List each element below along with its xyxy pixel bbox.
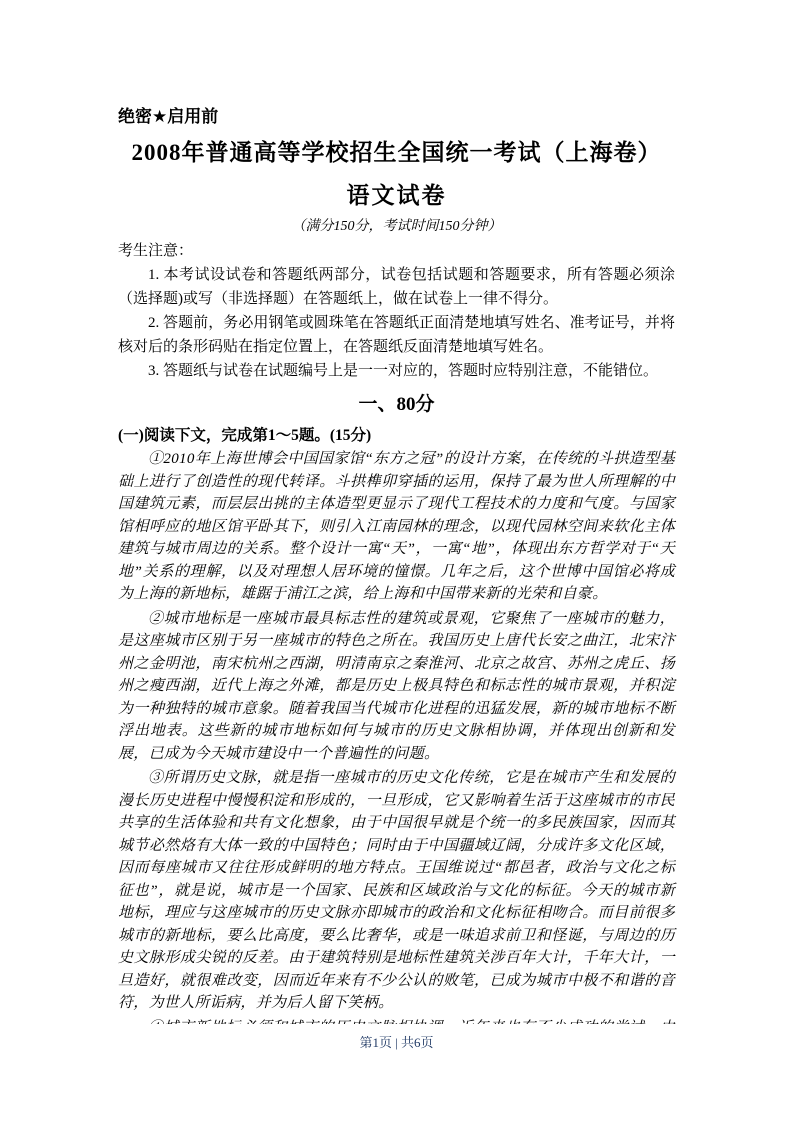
passage-paragraph: ②城市地标是一座城市最具标志性的建筑或景观，它聚焦了一座城市的魅力，是这座城市区…: [118, 608, 675, 766]
exam-paper-page: 绝密★启用前 2008年普通高等学校招生全国统一考试（上海卷） 语文试卷 （满分…: [0, 0, 793, 1122]
notice-item: 1. 本考试设试卷和答题纸两部分，试卷包括试题和答题要求，所有答题必须涂（选择题…: [118, 263, 675, 311]
classification-label: 绝密★启用前: [118, 106, 675, 128]
notice-title: 考生注意：: [118, 240, 675, 263]
section-title: 一、80分: [118, 392, 675, 417]
notice-item: 3. 答题纸与试卷在试题编号上是一一对应的，答题时应特别注意，不能错位。: [118, 359, 675, 383]
reading-passage: ①2010年上海世博会中国国家馆“东方之冠”的设计方案，在传统的斗拱造型基础上进…: [118, 448, 675, 1122]
candidate-notice: 考生注意： 1. 本考试设试卷和答题纸两部分，试卷包括试题和答题要求，所有答题必…: [118, 240, 675, 383]
paper-title: 语文试卷: [118, 181, 675, 211]
passage-paragraph: ①2010年上海世博会中国国家馆“东方之冠”的设计方案，在传统的斗拱造型基础上进…: [118, 448, 675, 606]
page-footer: 第1页 | 共6页: [0, 1024, 793, 1122]
paper-meta: （满分150分，考试时间150分钟）: [118, 217, 675, 236]
notice-item: 2. 答题前，务必用钢笔或圆珠笔在答题纸正面清楚地填写姓名、准考证号，并将核对后…: [118, 311, 675, 359]
exam-title: 2008年普通高等学校招生全国统一考试（上海卷）: [118, 138, 675, 168]
page-number: 第1页 | 共6页: [0, 1024, 793, 1052]
passage-paragraph: ③所谓历史文脉，就是指一座城市的历史文化传统，它是在城市产生和发展的漫长历史进程…: [118, 767, 675, 1015]
passage-header: (一)阅读下文，完成第1～5题。(15分): [118, 425, 675, 446]
